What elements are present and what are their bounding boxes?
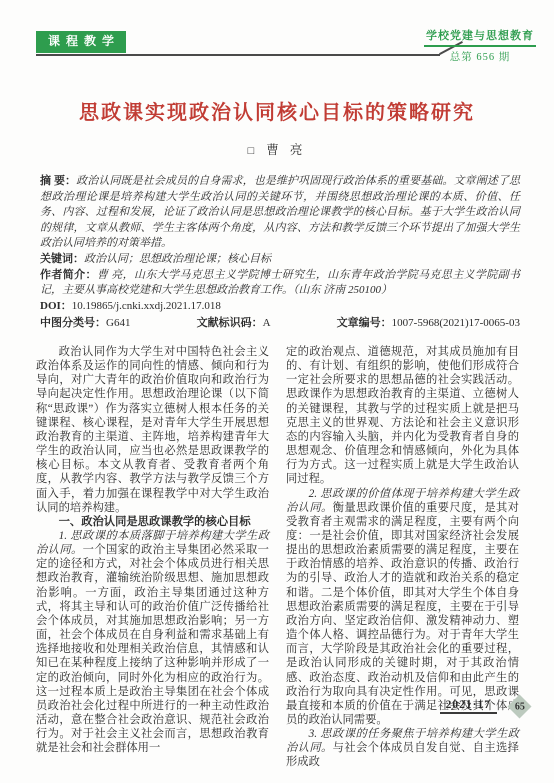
body-column-left: 政治认同作为大学生对中国特色社会主义政治体系及运作的同向性的情感、倾向和行为导向… bbox=[36, 345, 269, 770]
body-paragraph: 定的政治观点、道德规范，对其成员施加有目的、有计划、有组织的影响，使他们形成符合… bbox=[286, 345, 519, 487]
page-footer: 2021·17 65 bbox=[440, 698, 528, 715]
author-bio-label: 作者简介： bbox=[40, 269, 97, 281]
author-bio-text: 曹 亮，山东大学马克思主义学院博士研究生，山东青年政治学院马克思主义学院副书记，… bbox=[40, 269, 520, 297]
article-id: 文章编号：1007-5968(2021)17-0065-03 bbox=[337, 316, 520, 332]
journal-name: 学校党建与思想教育 bbox=[424, 27, 536, 47]
author-square-mark: □ bbox=[248, 145, 259, 157]
paragraph-lead: 3. 思政课的任务聚焦于培养构建大学生政治认同。 bbox=[286, 728, 519, 754]
page-number-diamond: 65 bbox=[507, 694, 531, 718]
journal-issue-number: 总第 656 期 bbox=[424, 49, 536, 64]
page-header: 课程教学 学校党建与思想教育 总第 656 期 bbox=[0, 0, 554, 62]
journal-block: 学校党建与思想教育 总第 656 期 bbox=[424, 27, 536, 64]
body-paragraph: 政治认同作为大学生对中国特色社会主义政治体系及运作的同向性的情感、倾向和行为导向… bbox=[36, 345, 269, 515]
body-paragraph: 3. 思政课的任务聚焦于培养构建大学生政治认同。与社会个体成员自发自觉、自主选择… bbox=[286, 727, 519, 769]
article-title: 思政课实现政治认同核心目标的策略研究 bbox=[0, 96, 554, 125]
body-paragraph: 1. 思政课的本质落脚于培养构建大学生政治认同。一个国家的政治主导集团必然采取一… bbox=[36, 529, 269, 756]
paragraph-lead: 1. 思政课的本质落脚于培养构建大学生政治认同。 bbox=[36, 530, 269, 556]
doi-label: DOI： bbox=[40, 300, 72, 312]
doi-value: 10.19865/j.cnki.xxdj.2021.17.018 bbox=[72, 300, 221, 312]
classification-row: 中图分类号：G641 文献标识码：A 文章编号：1007-5968(2021)1… bbox=[40, 316, 520, 332]
doi-line: DOI：10.19865/j.cnki.xxdj.2021.17.018 bbox=[40, 299, 520, 315]
author-name: 曹 亮 bbox=[266, 143, 306, 157]
section-heading: 一、政治认同是思政课教学的核心目标 bbox=[36, 515, 269, 529]
abstract: 摘 要：政治认同既是社会成员的自身需求，也是维护巩固现行政治体系的重要基础。文章… bbox=[40, 174, 520, 252]
section-badge: 课程教学 bbox=[36, 31, 126, 53]
clc-number: 中图分类号：G641 bbox=[40, 316, 130, 332]
article-meta: 摘 要：政治认同既是社会成员的自身需求，也是维护巩固现行政治体系的重要基础。文章… bbox=[40, 174, 520, 332]
byline: □曹 亮 bbox=[0, 140, 554, 158]
paragraph-lead: 2. 思政课的价值体现于培养构建大学生政治认同。 bbox=[286, 488, 519, 514]
body-paragraph: 2. 思政课的价值体现于培养构建大学生政治认同。衡量思政课价值的重要尺度，是其对… bbox=[286, 487, 519, 728]
keywords-text: 政治认同；思想政治理论课；核心目标 bbox=[84, 253, 271, 265]
abstract-text: 政治认同既是社会成员的自身需求，也是维护巩固现行政治体系的重要基础。文章阐述了思… bbox=[40, 175, 520, 249]
document-code: 文献标识码：A bbox=[197, 316, 271, 332]
keywords: 关键词：政治认同；思想政治理论课；核心目标 bbox=[40, 252, 520, 268]
header-rule bbox=[36, 54, 440, 56]
footer-issue-label: 2021·17 bbox=[440, 699, 497, 714]
journal-page: 课程教学 学校党建与思想教育 总第 656 期 思政课实现政治认同核心目标的策略… bbox=[0, 0, 554, 783]
author-bio: 作者简介：曹 亮，山东大学马克思主义学院博士研究生，山东青年政治学院马克思主义学… bbox=[40, 268, 520, 299]
page-number: 65 bbox=[515, 701, 525, 712]
keywords-label: 关键词： bbox=[40, 253, 84, 265]
abstract-label: 摘 要： bbox=[40, 175, 76, 187]
